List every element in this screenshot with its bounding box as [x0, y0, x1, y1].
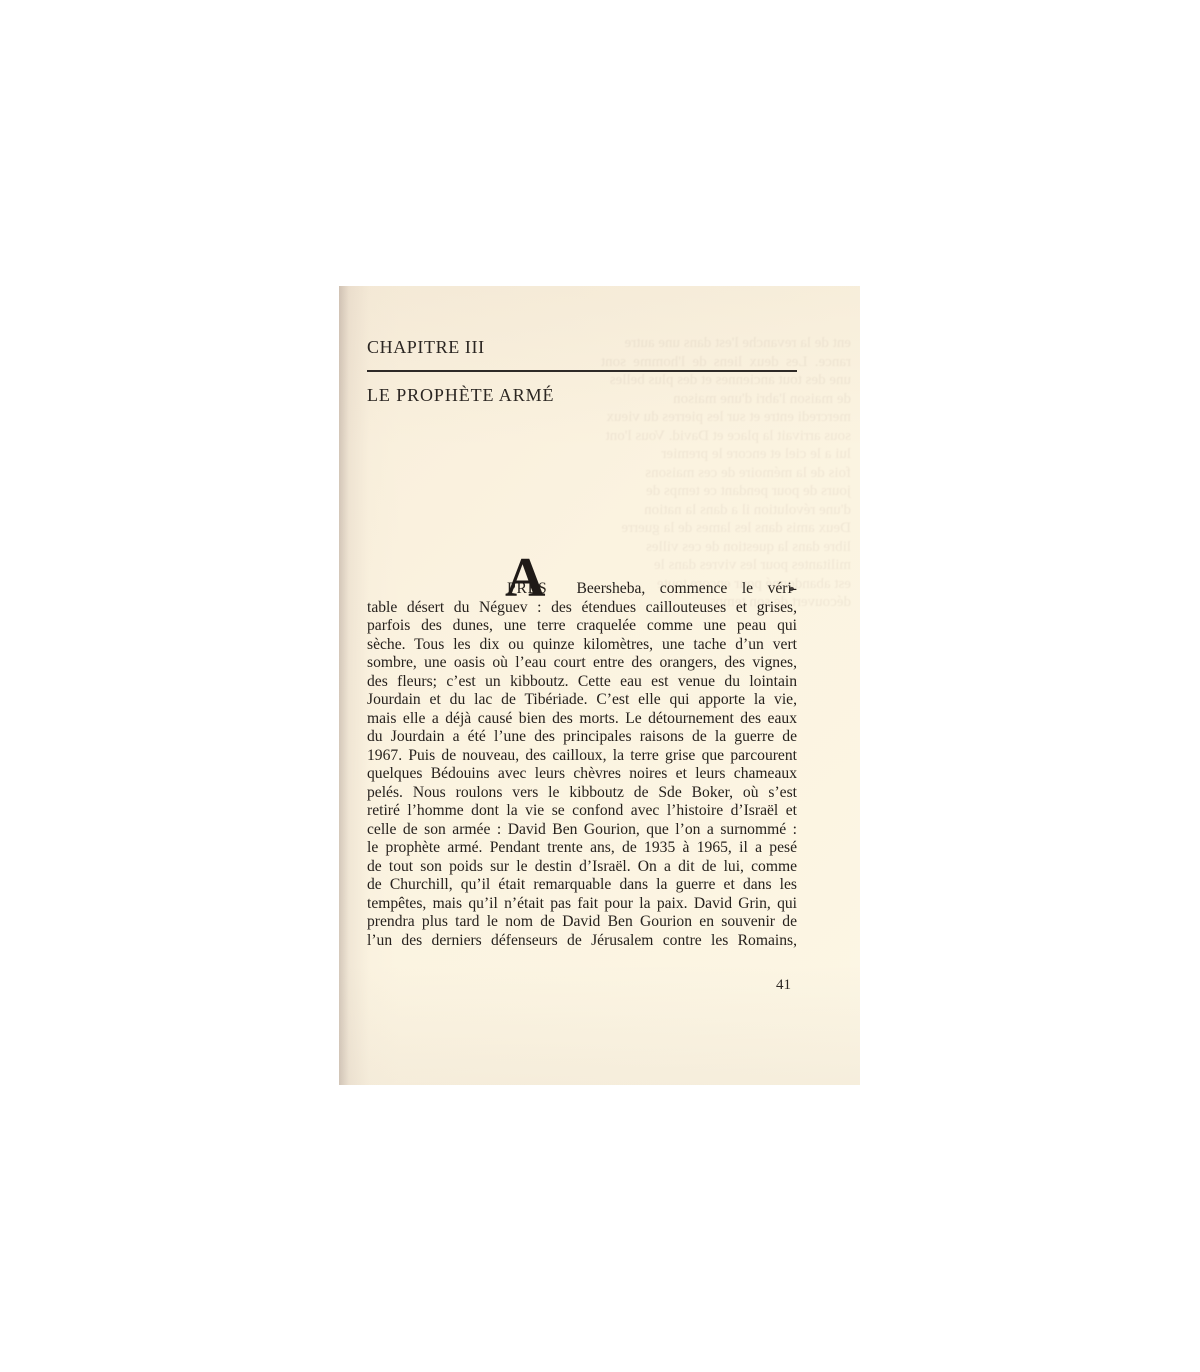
- text-line: de tout son poids sur le destin d’Israël…: [367, 858, 797, 877]
- text-line: tempêtes, mais qu’il n’était pas fait po…: [367, 895, 797, 914]
- text-line: quelques Bédouins avec leurs chèvres noi…: [367, 765, 797, 784]
- text-line: table désert du Néguev : des étendues ca…: [367, 599, 797, 618]
- page-number: 41: [776, 977, 791, 994]
- text-line: parfois des dunes, une terre craquelée c…: [367, 617, 797, 636]
- body-paragraph: APRÈS Beersheba, commence le véri- table…: [367, 580, 797, 950]
- chapter-label: CHAPITRE III: [367, 337, 485, 357]
- text-line: celle de son armée : David Ben Gourion, …: [367, 821, 797, 840]
- drop-cap: A: [505, 555, 545, 601]
- text-line: prendra plus tard le nom de David Ben Go…: [367, 913, 797, 932]
- bleed-through-text: ent de la revanche l'est dans une autre …: [601, 334, 851, 612]
- text-line: 1967. Puis de nouveau, des cailloux, la …: [367, 747, 797, 766]
- text-line-content: Beersheba, commence le véri-: [576, 580, 797, 597]
- text-line: sombre, une oasis où l’eau court entre d…: [367, 654, 797, 673]
- text-line: sèche. Tous les dix ou quinze kilomètres…: [367, 636, 797, 655]
- text-line: Jourdain et du lac de Tibériade. C’est e…: [367, 691, 797, 710]
- chapter-rule: [367, 370, 797, 372]
- chapter-title: LE PROPHÈTE ARMÉ: [367, 385, 554, 405]
- text-line: le prophète armé. Pendant trente ans, de…: [367, 839, 797, 858]
- text-line: des fleurs; c’est un kibboutz. Cette eau…: [367, 673, 797, 692]
- text-line: l’un des derniers défenseurs de Jérusale…: [367, 932, 797, 951]
- book-page: ent de la revanche l'est dans une autre …: [339, 286, 860, 1085]
- text-line: du Jourdain a été l’une des principales …: [367, 728, 797, 747]
- text-line: de Churchill, qu’il était remarquable da…: [367, 876, 797, 895]
- text-line: APRÈS Beersheba, commence le véri-: [367, 580, 797, 599]
- text-line: mais elle a déjà causé bien des morts. L…: [367, 710, 797, 729]
- text-line: pelés. Nous roulons vers le kibboutz de …: [367, 784, 797, 803]
- text-line: retiré l’homme dont la vie se confond av…: [367, 802, 797, 821]
